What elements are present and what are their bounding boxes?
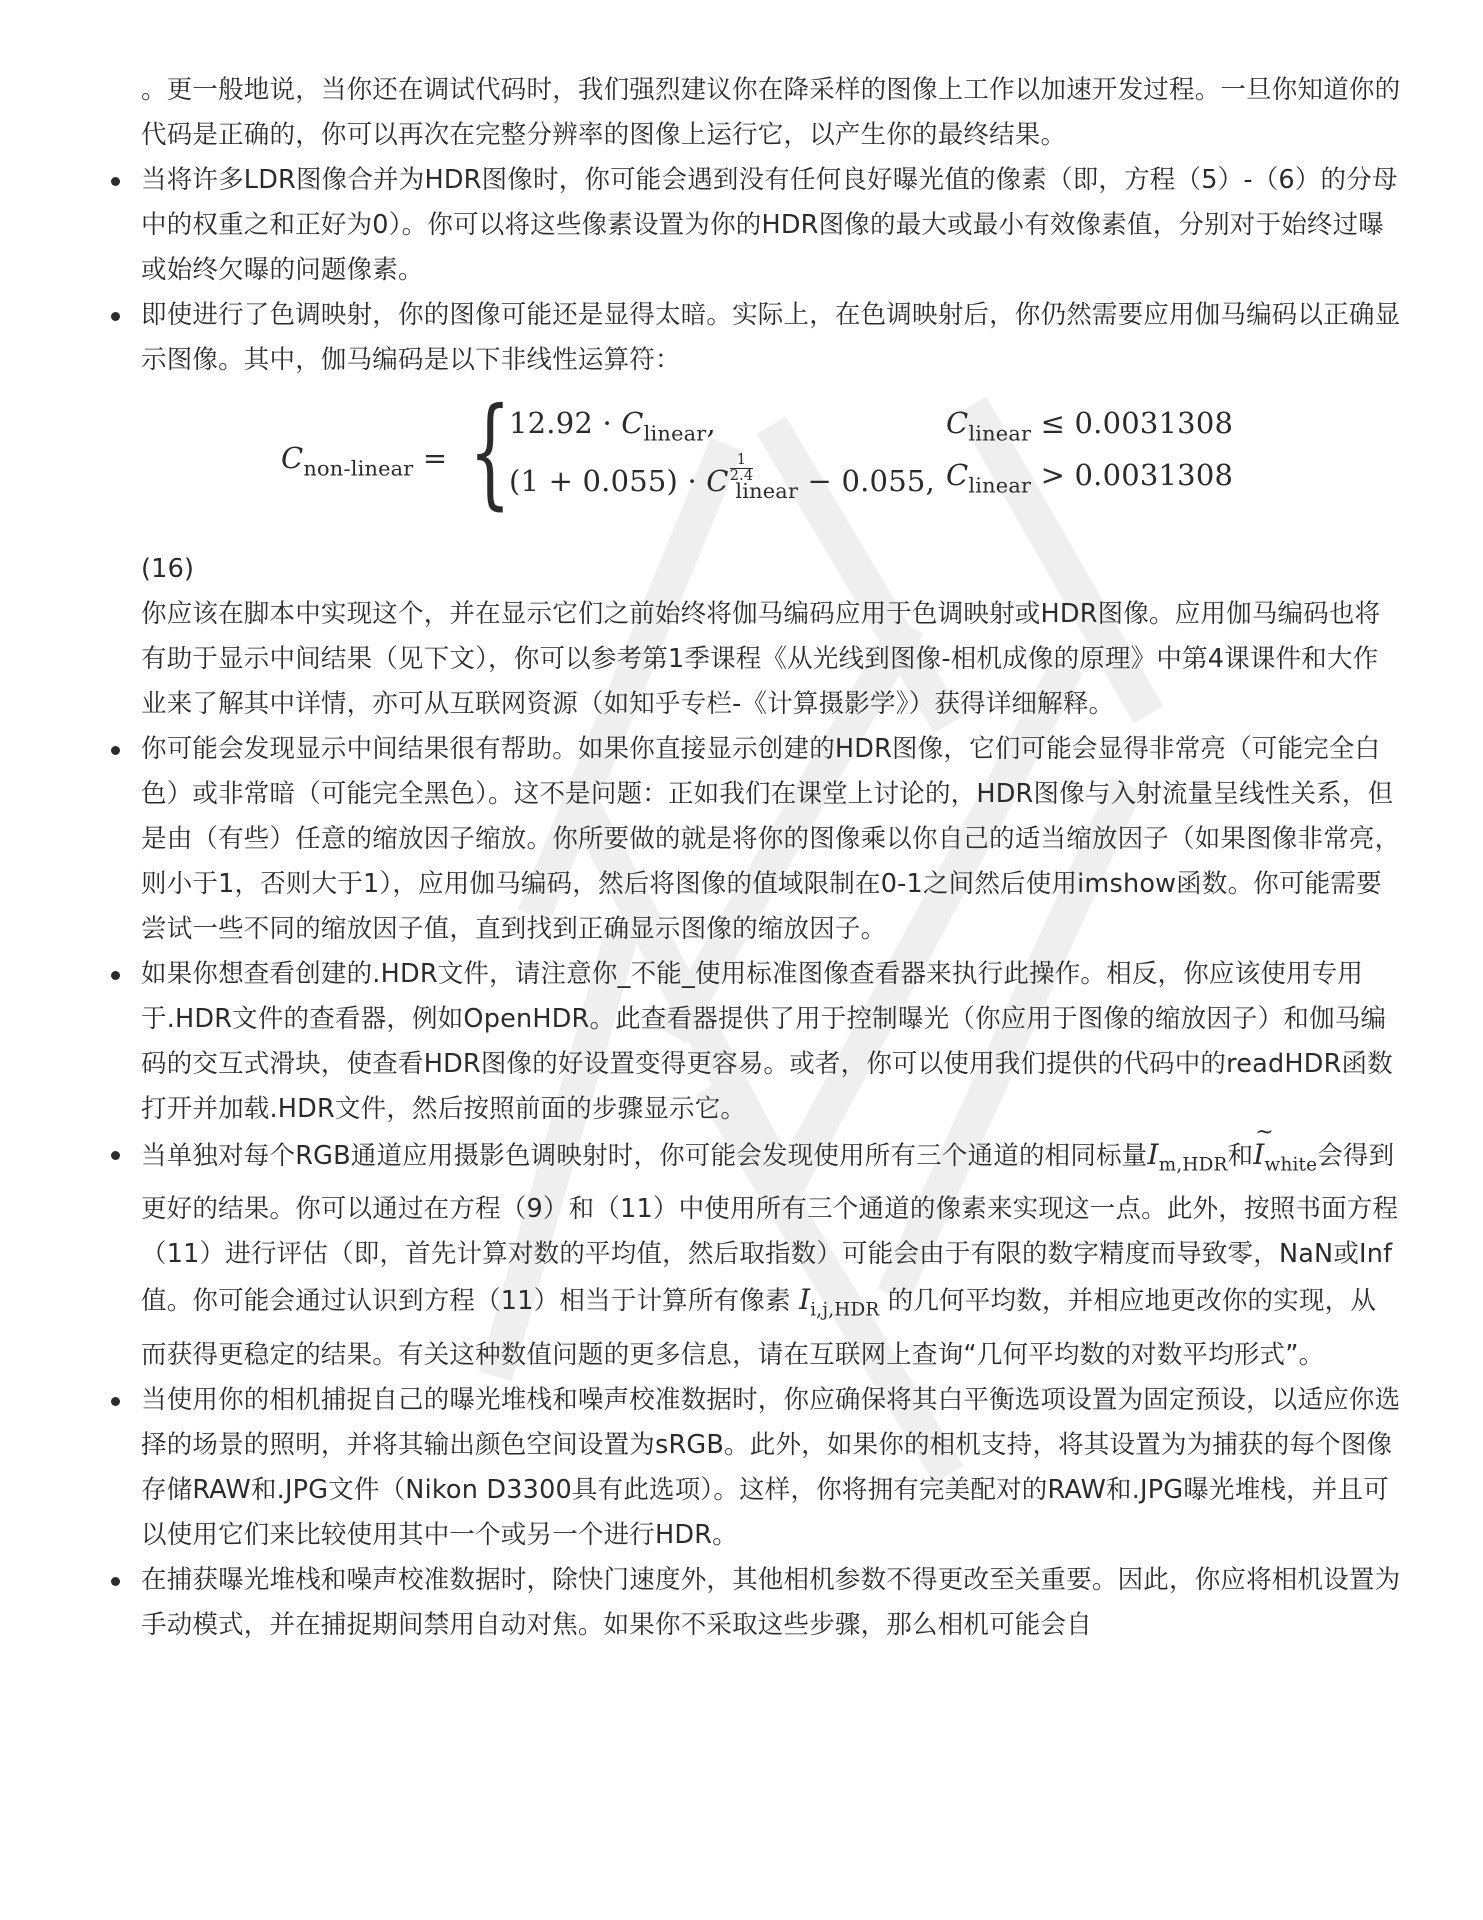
- formula-case-2: (1 + 0.055) · C12.4linear − 0.055,: [509, 453, 935, 514]
- math-text: (1 + 0.055) ·: [509, 464, 706, 498]
- math-text: ,: [706, 406, 715, 440]
- math-subscript: linear: [644, 421, 707, 445]
- formula-condition-1: Clinear ≤ 0.0031308: [946, 401, 1233, 456]
- list-item-text: 当将许多LDR图像合并为HDR图像时，你可能会遇到没有任何良好曝光值的像素（即，…: [141, 165, 1398, 285]
- list-item: 你可能会发现显示中间结果很有帮助。如果你直接显示创建的HDR图像，它们可能会显得…: [141, 727, 1401, 952]
- formula-lhs: Cnon-linear =: [281, 436, 447, 491]
- document-page: 。更一般地说，当你还在调试代码时，我们强烈建议你在降采样的图像上工作以加速开发过…: [141, 68, 1401, 1648]
- list-item-text: 在捕获曝光堆栈和噪声校准数据时，除快门速度外，其他相机参数不得更改至关重要。因此…: [141, 1565, 1400, 1640]
- math-subscript: linear: [968, 473, 1031, 497]
- list-item-text: 当使用你的相机捕捉自己的曝光堆栈和噪声校准数据时，你应确保将其白平衡选项设置为固…: [141, 1385, 1400, 1550]
- math-text: 12.92 ·: [509, 406, 621, 440]
- math-subscript: linear: [735, 479, 798, 503]
- bullet-icon: [111, 746, 120, 755]
- math-symbol: C: [281, 441, 303, 475]
- list-item-continuation: 你应该在脚本中实现这个，并在显示它们之前始终将伽马编码应用于色调映射或HDR图像…: [141, 592, 1401, 727]
- list-item-text: 当单独对每个RGB通道应用摄影色调映射时，你可能会发现使用所有三个通道的相同标量: [141, 1141, 1147, 1171]
- math-symbol-tilde: I: [1253, 1132, 1264, 1177]
- list-item: 即使进行了色调映射，你的图像可能还是显得太暗。实际上，在色调映射后，你仍然需要应…: [141, 293, 1401, 727]
- left-brace-icon: {: [469, 393, 511, 513]
- bullet-list: 当将许多LDR图像合并为HDR图像时，你可能会遇到没有任何良好曝光值的像素（即，…: [141, 158, 1401, 1648]
- list-item: 当将许多LDR图像合并为HDR图像时，你可能会遇到没有任何良好曝光值的像素（即，…: [141, 158, 1401, 293]
- list-item-text: 即使进行了色调映射，你的图像可能还是显得太暗。实际上，在色调映射后，你仍然需要应…: [141, 300, 1400, 375]
- math-text: > 0.0031308: [1031, 458, 1233, 492]
- list-item: 当使用你的相机捕捉自己的曝光堆栈和噪声校准数据时，你应确保将其白平衡选项设置为固…: [141, 1378, 1401, 1558]
- math-text: − 0.055,: [798, 464, 935, 498]
- math-subscript: linear: [968, 421, 1031, 445]
- equation-number: (16): [141, 547, 1401, 592]
- math-symbol: C: [946, 406, 968, 440]
- formula-condition-2: Clinear > 0.0031308: [946, 453, 1233, 508]
- bullet-icon: [111, 1577, 120, 1586]
- intro-paragraph: 。更一般地说，当你还在调试代码时，我们强烈建议你在降采样的图像上工作以加速开发过…: [141, 68, 1401, 158]
- math-symbol: I: [1147, 1138, 1158, 1171]
- bullet-icon: [111, 177, 120, 186]
- math-symbol: C: [946, 458, 968, 492]
- formula-case-1: 12.92 · Clinear,: [509, 401, 716, 456]
- list-item: 在捕获曝光堆栈和噪声校准数据时，除快门速度外，其他相机参数不得更改至关重要。因此…: [141, 1558, 1401, 1648]
- math-text: ≤ 0.0031308: [1031, 406, 1233, 440]
- list-item-text: 和: [1228, 1141, 1254, 1171]
- gamma-encoding-formula: Cnon-linear = { 12.92 · Clinear, Clinear…: [141, 391, 1401, 541]
- list-item: 当单独对每个RGB通道应用摄影色调映射时，你可能会发现使用所有三个通道的相同标量…: [141, 1132, 1401, 1378]
- equals-sign: =: [423, 441, 448, 475]
- math-subscript: m,HDR: [1159, 1154, 1228, 1175]
- list-item: 如果你想查看创建的.HDR文件，请注意你_不能_使用标准图像查看器来执行此操作。…: [141, 952, 1401, 1132]
- bullet-icon: [111, 1397, 120, 1406]
- math-subscript: i,j,HDR: [810, 1300, 879, 1321]
- bullet-icon: [111, 312, 120, 321]
- bullet-icon: [111, 1151, 120, 1160]
- math-subscript: non-linear: [303, 456, 413, 480]
- bullet-icon: [111, 971, 120, 980]
- list-item-text: 如果你想查看创建的.HDR文件，请注意你_不能_使用标准图像查看器来执行此操作。…: [141, 959, 1393, 1124]
- math-subscript: white: [1265, 1154, 1318, 1175]
- math-symbol: I: [799, 1283, 810, 1316]
- math-symbol: C: [621, 406, 643, 440]
- fraction-numerator: 1: [730, 453, 754, 469]
- math-symbol: C: [706, 464, 728, 498]
- list-item-text: 你可能会发现显示中间结果很有帮助。如果你直接显示创建的HDR图像，它们可能会显得…: [141, 734, 1400, 944]
